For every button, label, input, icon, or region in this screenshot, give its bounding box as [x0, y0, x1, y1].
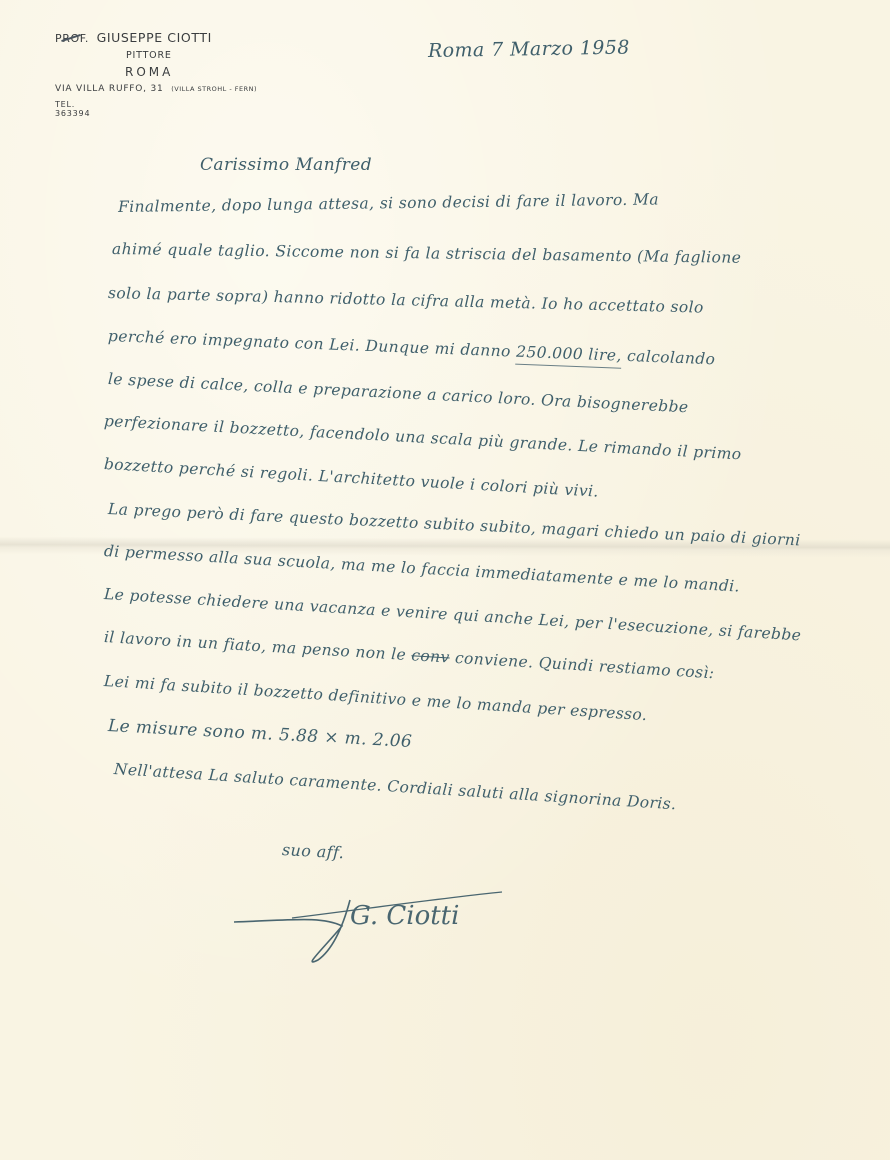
struck-word: conv	[411, 646, 450, 666]
letterhead-name: GIUSEPPE CIOTTI	[97, 30, 212, 45]
signature: G. Ciotti	[232, 880, 512, 970]
letterhead-prefix: PROF.	[55, 32, 89, 45]
signature-text: G. Ciotti	[350, 901, 459, 931]
signature-flourish-icon: G. Ciotti	[232, 880, 512, 970]
letterhead-address: VIA VILLA RUFFO, 31 (VILLA STROHL - FERN…	[55, 84, 257, 94]
fee-amount: 250.000 lire,	[516, 343, 622, 369]
letter-closing: suo aff.	[282, 840, 345, 862]
letter-line-text: calcolando	[621, 347, 715, 369]
letter-salutation: Carissimo Manfred	[200, 155, 372, 175]
letter-date: Roma 7 Marzo 1958	[428, 36, 630, 62]
letterhead-address-note: (VILLA STROHL - FERN)	[171, 85, 257, 93]
letterhead-profession: PITTORE	[126, 50, 172, 61]
letterhead-city: ROMA	[125, 65, 173, 79]
letterhead-name-line: PROF. GIUSEPPE CIOTTI	[55, 30, 212, 45]
letter-paper	[0, 0, 890, 1160]
letterhead-phone: TEL. 363394	[55, 100, 90, 118]
letterhead-street: VIA VILLA RUFFO, 31	[55, 84, 164, 94]
